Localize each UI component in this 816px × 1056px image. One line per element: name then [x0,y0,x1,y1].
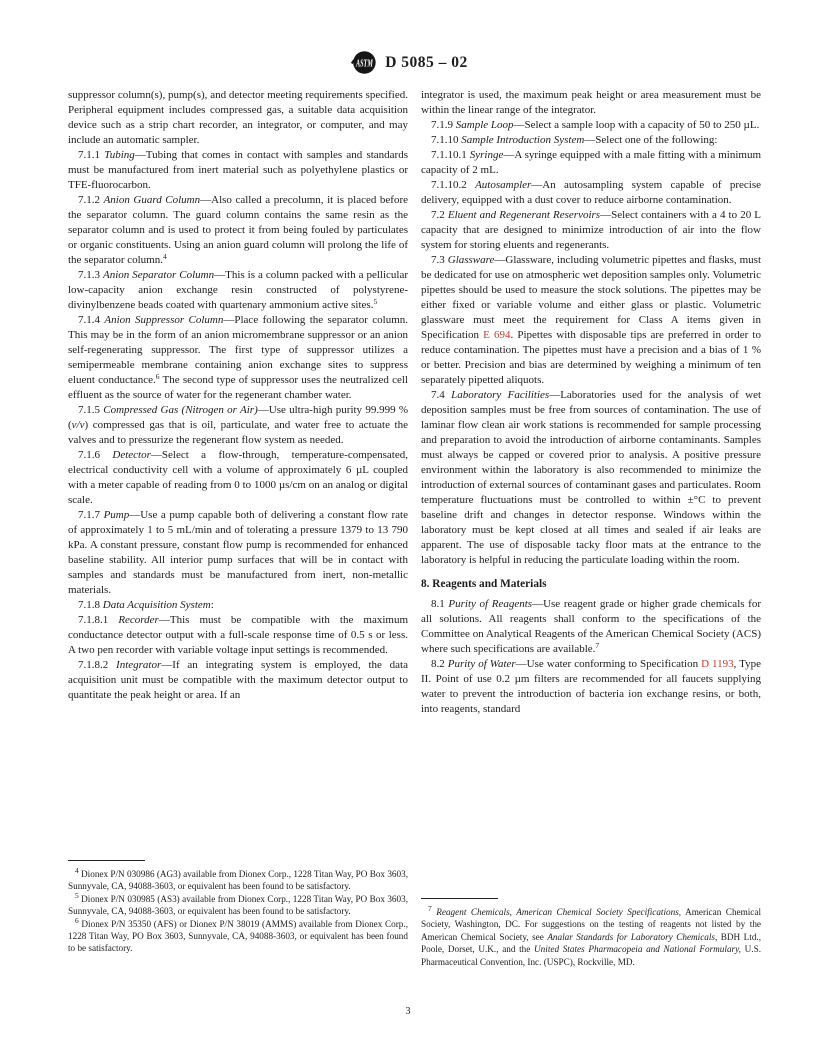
page-header: ASTM D 5085 – 02 [0,50,816,75]
footnote-ref: 7 [595,641,599,650]
text-segment: Anion Guard Column [104,194,201,206]
paragraph: 7.1.1 Tubing—Tubing that comes in contac… [68,148,408,193]
text-segment: Detector [112,449,150,461]
footnote-divider [421,898,498,899]
text-segment: : [211,599,214,611]
text-segment: 7.4 [431,389,451,401]
paragraph: 8.1 Purity of Reagents—Use reagent grade… [421,597,761,657]
text-segment: United States Pharmacopeia and National … [534,944,741,954]
text-segment: 7.1.3 [78,269,103,281]
text-segment: Integrator [116,659,161,671]
text-segment: Syringe [470,149,504,161]
text-segment: 7.3 [431,254,448,266]
text-segment: 8.2 [431,658,448,670]
text-segment: 7.1.7 [78,509,104,521]
paragraph: 7.1.4 Anion Suppressor Column—Place foll… [68,313,408,403]
paragraph: 7.1.2 Anion Guard Column—Also called a p… [68,193,408,268]
left-footnotes: 4 Dionex P/N 030986 (AG3) available from… [68,860,408,955]
text-segment: 7.1.1 [78,149,104,161]
left-column-text: suppressor column(s), pump(s), and detec… [68,88,408,703]
text-segment: Sample Loop [456,119,514,131]
text-segment: Eluent and Regenerant Reservoirs [448,209,600,221]
paragraph: 7.1.3 Anion Separator Column—This is a c… [68,268,408,313]
footnote: 6 Dionex P/N 35350 (AFS) or Dionex P/N 3… [68,918,408,955]
document-page: ASTM D 5085 – 02 suppressor column(s), p… [0,0,816,1056]
paragraph: 7.1.10.1 Syringe—A syringe equipped with… [421,148,761,178]
text-segment: Glassware [448,254,495,266]
spec-link[interactable]: E 694 [483,329,510,341]
paragraph: 7.1.6 Detector—Select a flow-through, te… [68,448,408,508]
paragraph: 7.3 Glassware—Glassware, including volum… [421,253,761,388]
text-segment: 7.2 [431,209,448,221]
text-segment: v/v [72,419,85,431]
text-segment: integrator is used, the maximum peak hei… [421,89,761,116]
text-segment: 8. Reagents and Materials [421,578,547,590]
text-segment: 8.1 [431,598,448,610]
text-segment: 7.1.8.2 [78,659,116,671]
left-column: suppressor column(s), pump(s), and detec… [68,88,408,1018]
svg-text:ASTM: ASTM [356,58,374,70]
section-heading: 8. Reagents and Materials [421,577,761,592]
text-segment: Reagent Chemicals, American Chemical Soc… [436,907,681,917]
text-segment: 7.1.10.1 [431,149,470,161]
footnote-ref: 5 [373,297,377,306]
text-segment: Tubing [104,149,135,161]
text-segment: Data Acquisition System [103,599,211,611]
text-segment: 7.1.4 [78,314,104,326]
footnote: 4 Dionex P/N 030986 (AG3) available from… [68,868,408,893]
text-segment: Dionex P/N 35350 (AFS) or Dionex P/N 380… [68,919,408,954]
footnote-divider [68,860,145,861]
right-column-text: integrator is used, the maximum peak hei… [421,88,761,717]
text-segment: —Select one of the following: [584,134,717,146]
footnote: 7 Reagent Chemicals, American Chemical S… [421,906,761,968]
spec-link[interactable]: D 1193 [701,658,734,670]
paragraph: 7.1.5 Compressed Gas (Nitrogen or Air)—U… [68,403,408,448]
text-segment: —Laboratories used for the analysis of w… [421,389,761,566]
text-segment: 7.1.6 [78,449,112,461]
paragraph: 7.2 Eluent and Regenerant Reservoirs—Sel… [421,208,761,253]
paragraph: suppressor column(s), pump(s), and detec… [68,88,408,148]
text-segment: —Select a sample loop with a capacity of… [514,119,760,131]
text-segment: Dionex P/N 030986 (AG3) available from D… [68,869,408,891]
text-segment: Recorder [118,614,159,626]
text-segment: 7.1.8 [78,599,103,611]
text-segment: 7.1.5 [78,404,103,416]
text-segment: Purity of Reagents [448,598,532,610]
paragraph: 7.1.8.2 Integrator—If an integrating sys… [68,658,408,703]
text-segment: 7.1.2 [78,194,104,206]
text-segment: Purity of Water [448,658,516,670]
text-segment: —Use water conforming to Specification [516,658,701,670]
left-footnote-list: 4 Dionex P/N 030986 (AG3) available from… [68,868,408,955]
text-segment: Anion Separator Column [103,269,214,281]
paragraph: 8.2 Purity of Water—Use water conforming… [421,657,761,717]
paragraph: integrator is used, the maximum peak hei… [421,88,761,118]
text-segment: Autosampler [475,179,531,191]
text-segment: ) compressed gas that is oil, particulat… [68,419,408,446]
astm-logo-icon: ASTM [348,50,378,75]
footnote-ref: 4 [163,252,167,261]
text-segment: suppressor column(s), pump(s), and detec… [68,89,408,146]
text-segment: Sample Introduction System [461,134,584,146]
right-footnote-list: 7 Reagent Chemicals, American Chemical S… [421,906,761,968]
paragraph: 7.1.10 Sample Introduction System—Select… [421,133,761,148]
document-code: D 5085 – 02 [385,54,468,72]
footnote: 5 Dionex P/N 030985 (AS3) available from… [68,893,408,918]
text-segment: Dionex P/N 030985 (AS3) available from D… [68,894,408,916]
text-segment: Analar Standards for Laboratory Chemical… [547,932,717,942]
text-segment: 7.1.10 [431,134,461,146]
right-footnotes: 7 Reagent Chemicals, American Chemical S… [421,898,761,968]
text-segment: —Glassware, including volumetric pipette… [421,254,761,341]
page-number: 3 [0,1006,816,1017]
text-segment: Compressed Gas (Nitrogen or Air) [103,404,257,416]
paragraph: 7.1.8 Data Acquisition System: [68,598,408,613]
text-segment: 7.1.9 [431,119,456,131]
text-segment: —Use a pump capable both of delivering a… [68,509,408,596]
text-segment: 7.1.10.2 [431,179,475,191]
right-column: integrator is used, the maximum peak hei… [421,88,761,1018]
text-segment: Pump [104,509,130,521]
text-segment: 7.1.8.1 [78,614,118,626]
text-segment: Laboratory Facilities [451,389,549,401]
paragraph: 7.1.8.1 Recorder—This must be compatible… [68,613,408,658]
two-column-body: suppressor column(s), pump(s), and detec… [68,88,761,1018]
paragraph: 7.1.9 Sample Loop—Select a sample loop w… [421,118,761,133]
paragraph: 7.4 Laboratory Facilities—Laboratories u… [421,388,761,568]
paragraph: 7.1.7 Pump—Use a pump capable both of de… [68,508,408,598]
text-segment: Anion Suppressor Column [104,314,223,326]
paragraph: 7.1.10.2 Autosampler—An autosampling sys… [421,178,761,208]
